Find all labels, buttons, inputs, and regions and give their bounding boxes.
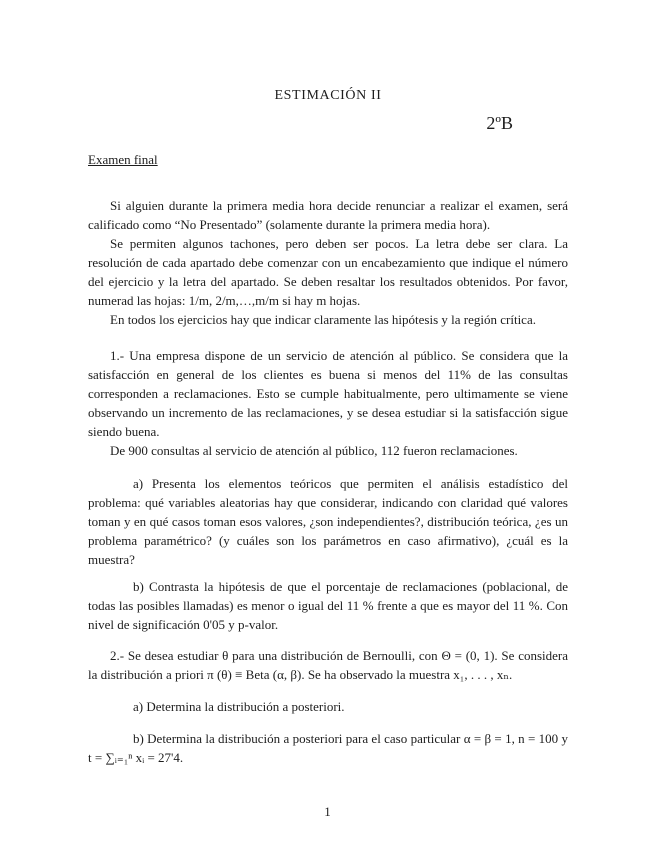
- exercise1-data-line: De 900 consultas al servicio de atención…: [88, 441, 568, 460]
- page-title: ESTIMACIÓN II: [88, 86, 568, 105]
- exercise1-part-b: b) Contrasta la hipótesis de que el porc…: [88, 577, 568, 634]
- exercise2-part-a: a) Determina la distribución a posterior…: [88, 697, 568, 716]
- text-column: ESTIMACIÓN II 2ºB Examen final Si alguie…: [88, 86, 568, 767]
- exercise1-statement: 1.- Una empresa dispone de un servicio d…: [88, 346, 568, 441]
- group-label: 2ºB: [88, 114, 568, 133]
- exercise2-part-b: b) Determina la distribución a posterior…: [88, 729, 568, 767]
- instructions-paragraph-3: En todos los ejercicios hay que indicar …: [88, 310, 568, 329]
- instructions-paragraph-1: Si alguien durante la primera media hora…: [88, 196, 568, 234]
- exercise1-part-a: a) Presenta los elementos teóricos que p…: [88, 474, 568, 569]
- instructions-paragraph-2: Se permiten algunos tachones, pero deben…: [88, 234, 568, 310]
- document-page: ESTIMACIÓN II 2ºB Examen final Si alguie…: [0, 0, 655, 848]
- exercise2-statement: 2.- Se desea estudiar θ para una distrib…: [88, 646, 568, 684]
- exam-subtitle: Examen final: [88, 150, 568, 169]
- page-number: 1: [0, 804, 655, 820]
